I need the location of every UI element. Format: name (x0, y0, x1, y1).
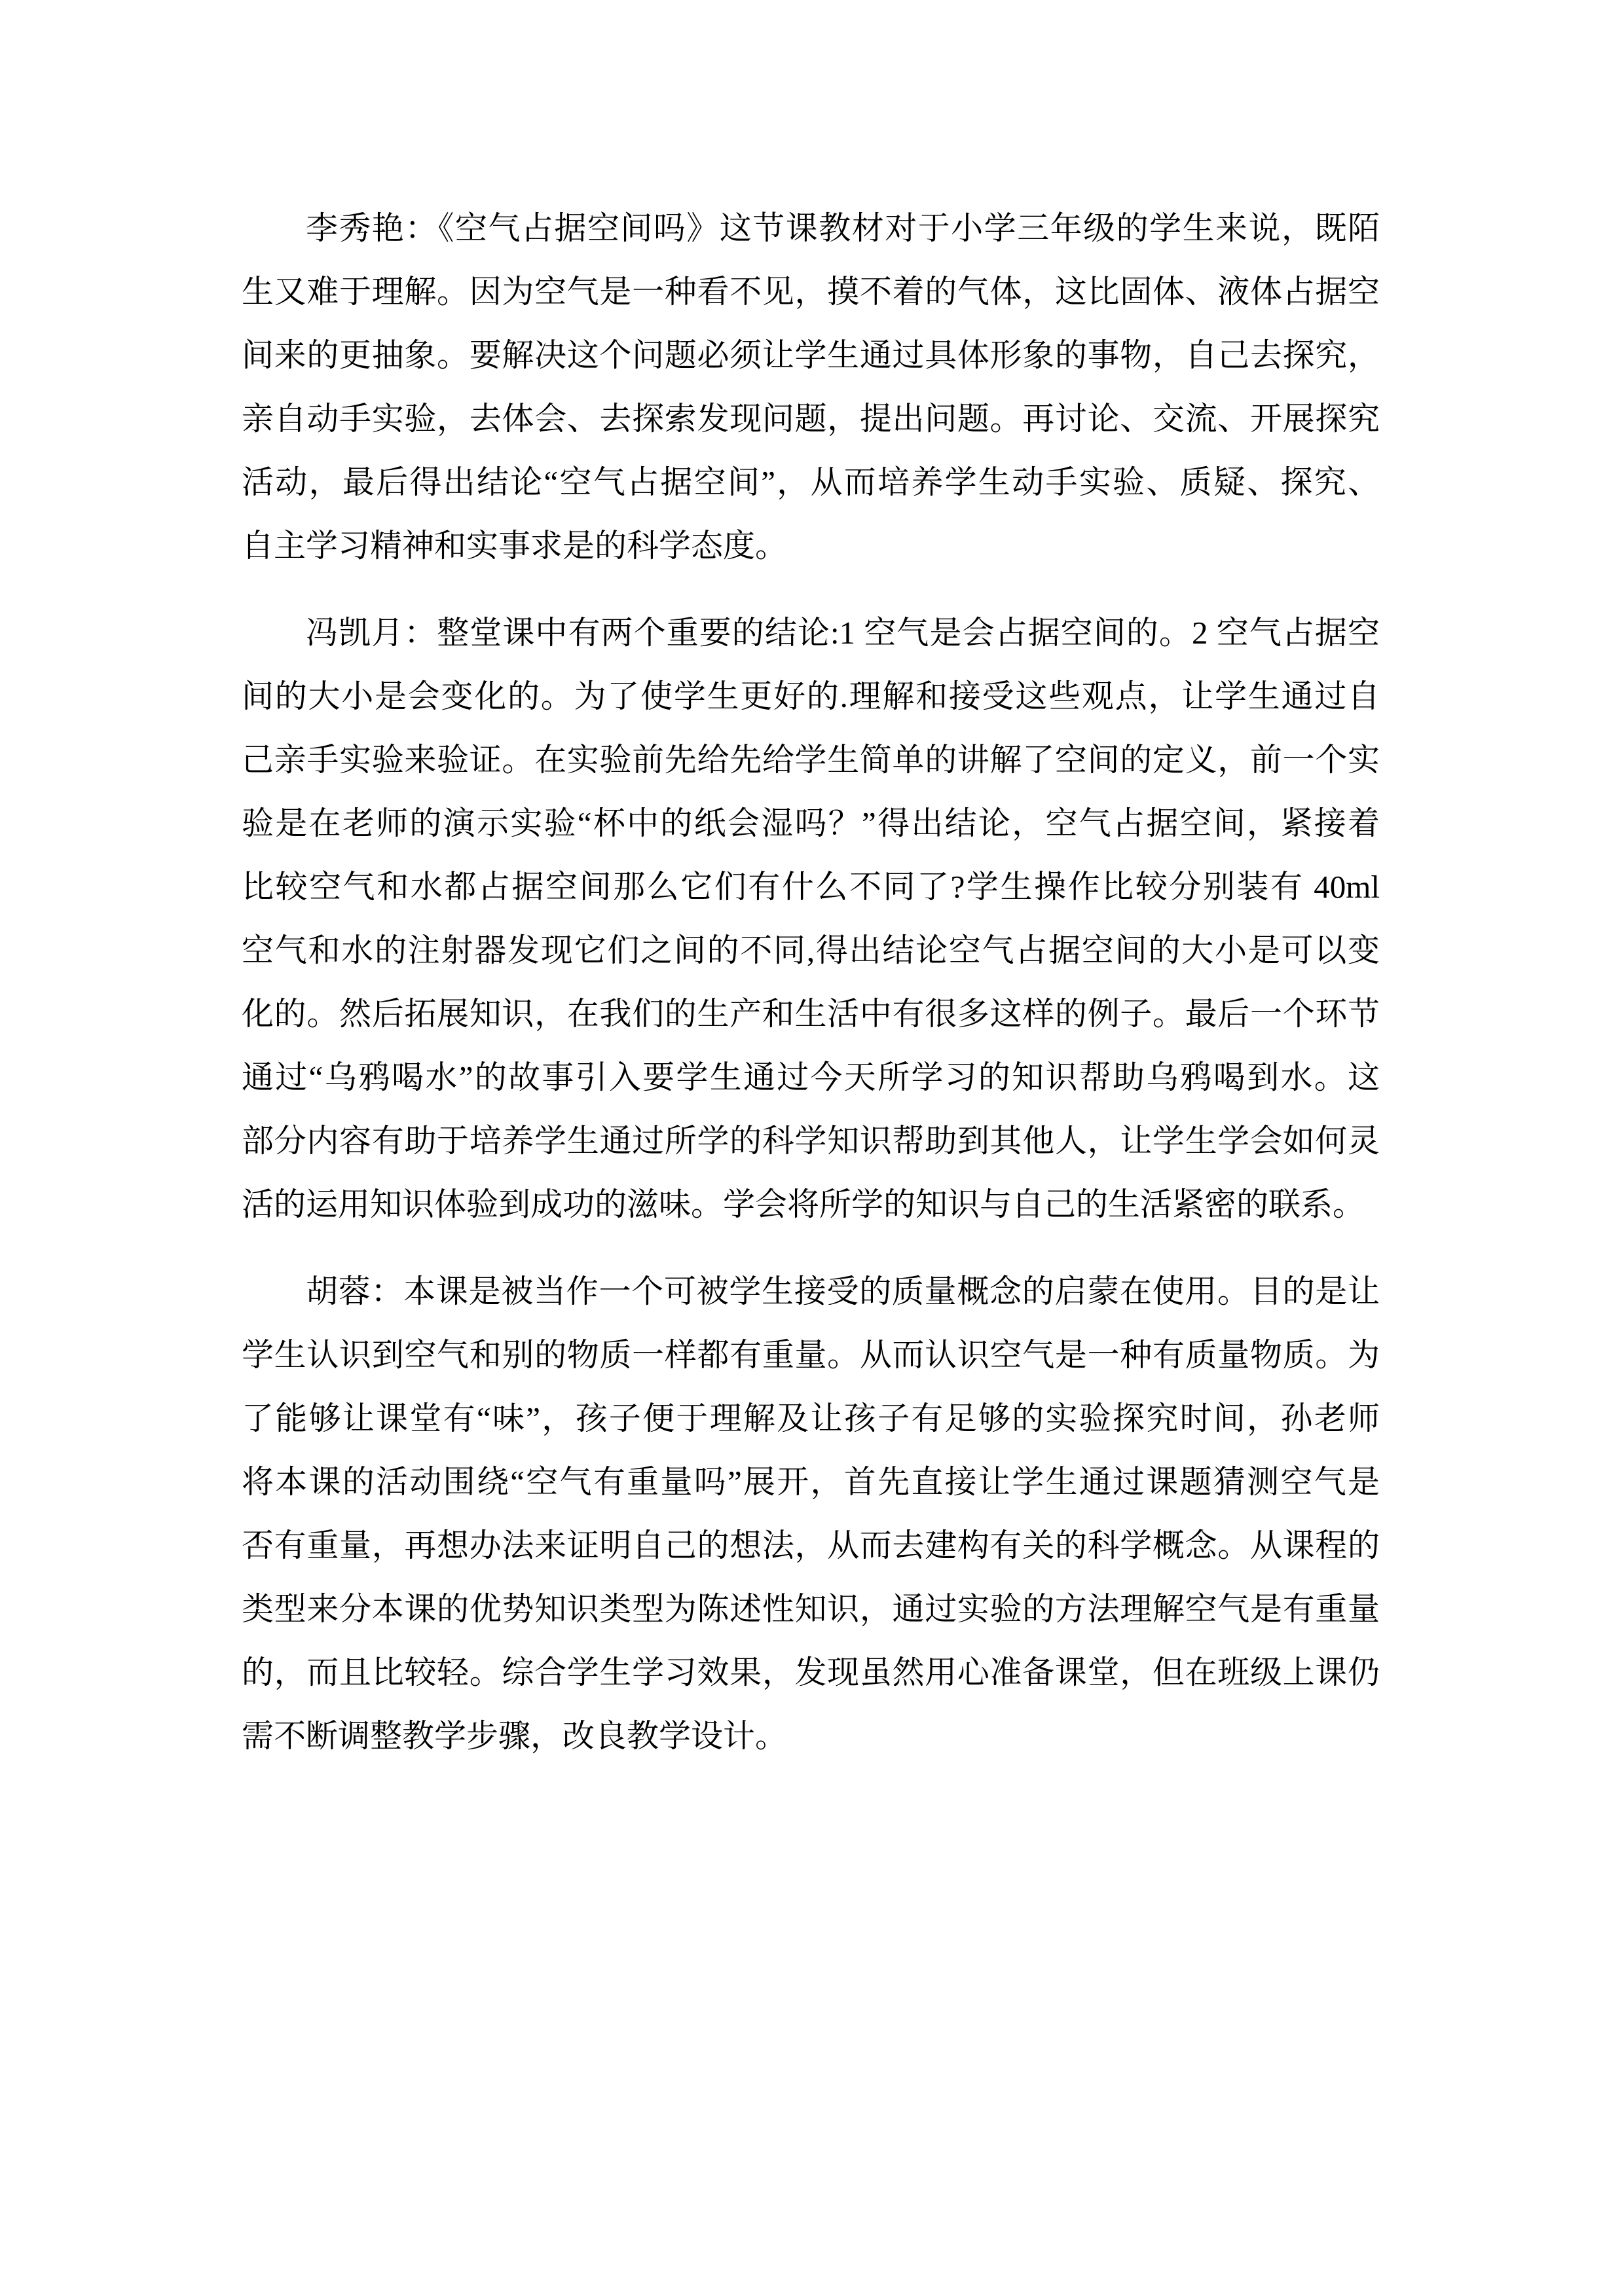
text-line: 空气和水的注射器发现它们之间的不同,得出结论空气占据空间的大小是可以变 (242, 919, 1380, 982)
text-line: 间的大小是会变化的。为了使学生更好的.理解和接受这些观点，让学生通过自 (242, 665, 1380, 728)
text-line: 部分内容有助于培养学生通过所学的科学知识帮助到其他人，让学生学会如何灵 (242, 1109, 1380, 1173)
text-line: 学生认识到空气和别的物质一样都有重量。从而认识空气是一种有质量物质。为 (242, 1323, 1380, 1387)
text-line: 生又难于理解。因为空气是一种看不见，摸不着的气体，这比固体、液体占据空 (242, 260, 1380, 323)
text-line: 亲自动手实验，去体会、去探索发现问题，提出问题。再讨论、交流、开展探究 (242, 387, 1380, 450)
document-page: 李秀艳：《空气占据空间吗》这节课教材对于小学三年级的学生来说，既陌 生又难于理解… (0, 0, 1624, 2296)
text-line: 通过“乌鸦喝水”的故事引入要学生通过今天所学习的知识帮助乌鸦喝到水。这 (242, 1046, 1380, 1109)
text-line: 自主学习精神和实事求是的科学态度。 (242, 514, 1380, 577)
paragraph-hu-rong: 胡蓉：本课是被当作一个可被学生接受的质量概念的启蒙在使用。目的是让 学生认识到空… (242, 1260, 1380, 1768)
text-line: 否有重量，再想办法来证明自己的想法，从而去建构有关的科学概念。从课程的 (242, 1514, 1380, 1577)
text-line: 间来的更抽象。要解决这个问题必须让学生通过具体形象的事物，自己去探究， (242, 323, 1380, 387)
text-line: 验是在老师的演示实验“杯中的纸会湿吗？”得出结论，空气占据空间，紧接着 (242, 792, 1380, 855)
text-line: 己亲手实验来验证。在实验前先给先给学生简单的讲解了空间的定义，前一个实 (242, 728, 1380, 792)
text-line: 了能够让课堂有“味”，孩子便于理解及让孩子有足够的实验探究时间，孙老师 (242, 1387, 1380, 1450)
text-line: 的，而且比较轻。综合学生学习效果，发现虽然用心准备课堂，但在班级上课仍 (242, 1641, 1380, 1704)
text-line: 化的。然后拓展知识，在我们的生产和生活中有很多这样的例子。最后一个环节 (242, 982, 1380, 1046)
text-line: 冯凯月：整堂课中有两个重要的结论:1 空气是会占据空间的。2 空气占据空 (242, 601, 1380, 665)
text-block: 李秀艳：《空气占据空间吗》这节课教材对于小学三年级的学生来说，既陌 生又难于理解… (242, 196, 1380, 1768)
text-line: 胡蓉：本课是被当作一个可被学生接受的质量概念的启蒙在使用。目的是让 (242, 1260, 1380, 1323)
text-line: 类型来分本课的优势知识类型为陈述性知识，通过实验的方法理解空气是有重量 (242, 1577, 1380, 1641)
text-line: 将本课的活动围绕“空气有重量吗”展开，首先直接让学生通过课题猜测空气是 (242, 1450, 1380, 1514)
text-line: 活的运用知识体验到成功的滋味。学会将所学的知识与自己的生活紧密的联系。 (242, 1173, 1380, 1236)
text-line: 李秀艳：《空气占据空间吗》这节课教材对于小学三年级的学生来说，既陌 (242, 196, 1380, 260)
text-line: 需不断调整教学步骤，改良教学设计。 (242, 1704, 1380, 1768)
text-line: 比较空气和水都占据空间那么它们有什么不同了?学生操作比较分别装有 40ml (242, 855, 1380, 919)
paragraph-feng-kaiyue: 冯凯月：整堂课中有两个重要的结论:1 空气是会占据空间的。2 空气占据空 间的大… (242, 601, 1380, 1236)
paragraph-li-xiuyan: 李秀艳：《空气占据空间吗》这节课教材对于小学三年级的学生来说，既陌 生又难于理解… (242, 196, 1380, 577)
text-line: 活动，最后得出结论“空气占据空间”，从而培养学生动手实验、质疑、探究、 (242, 450, 1380, 514)
